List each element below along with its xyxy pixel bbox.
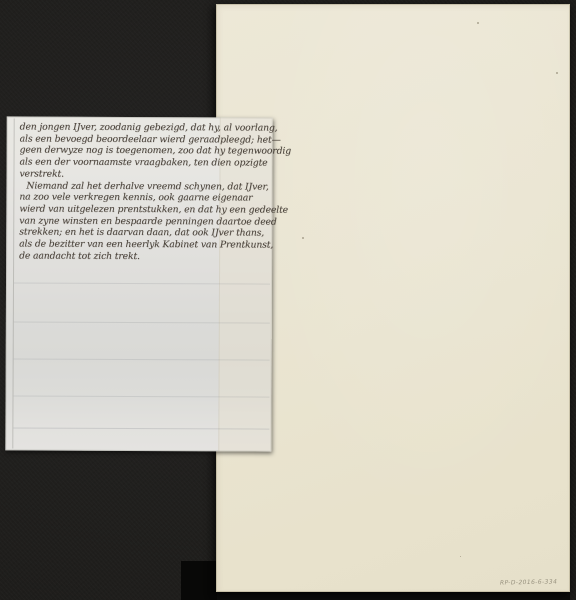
manuscript-page: den jongen IJver, zoodanig gebezigd, dat… [5, 116, 272, 451]
photograph-background: RP-D-2016-6-334 den jongen IJver, zoodan… [0, 0, 576, 600]
handwritten-line: als de bezitter van een heerlyk Kabinet … [19, 239, 271, 252]
sheet-bottom-shadow [217, 592, 570, 600]
handwritten-line: wierd van uitgelezen prentstukken, en da… [19, 203, 271, 216]
verso-showthrough-line [13, 427, 269, 429]
handwritten-line: na zoo vele verkregen kennis, ook gaarne… [19, 192, 271, 205]
handwritten-line: als een der voornaamste vraagbaken, ten … [20, 157, 272, 170]
handwritten-line: de aandacht tot zich trekt. [19, 250, 271, 263]
handwritten-line: van zyne winsten en bespaarde penningen … [19, 215, 271, 228]
handwritten-line: strekken; en het is daarvan daan, dat oo… [19, 227, 271, 240]
verso-showthrough-line [14, 395, 270, 397]
paper-speck [477, 22, 479, 24]
handwritten-line: verstrekt. [19, 168, 271, 181]
paper-speck [460, 556, 461, 557]
handwritten-text-block: den jongen IJver, zoodanig gebezigd, dat… [19, 121, 272, 263]
verso-showthrough-line [14, 358, 270, 360]
inventory-number: RP-D-2016-6-334 [500, 578, 557, 586]
paper-speck [302, 237, 304, 239]
verso-showthrough-line [14, 321, 270, 323]
handwritten-line: den jongen IJver, zoodanig gebezigd, dat… [20, 121, 272, 134]
sheet-corner-shadow [181, 561, 219, 600]
verso-showthrough-line [14, 282, 270, 284]
paper-speck [556, 72, 558, 74]
